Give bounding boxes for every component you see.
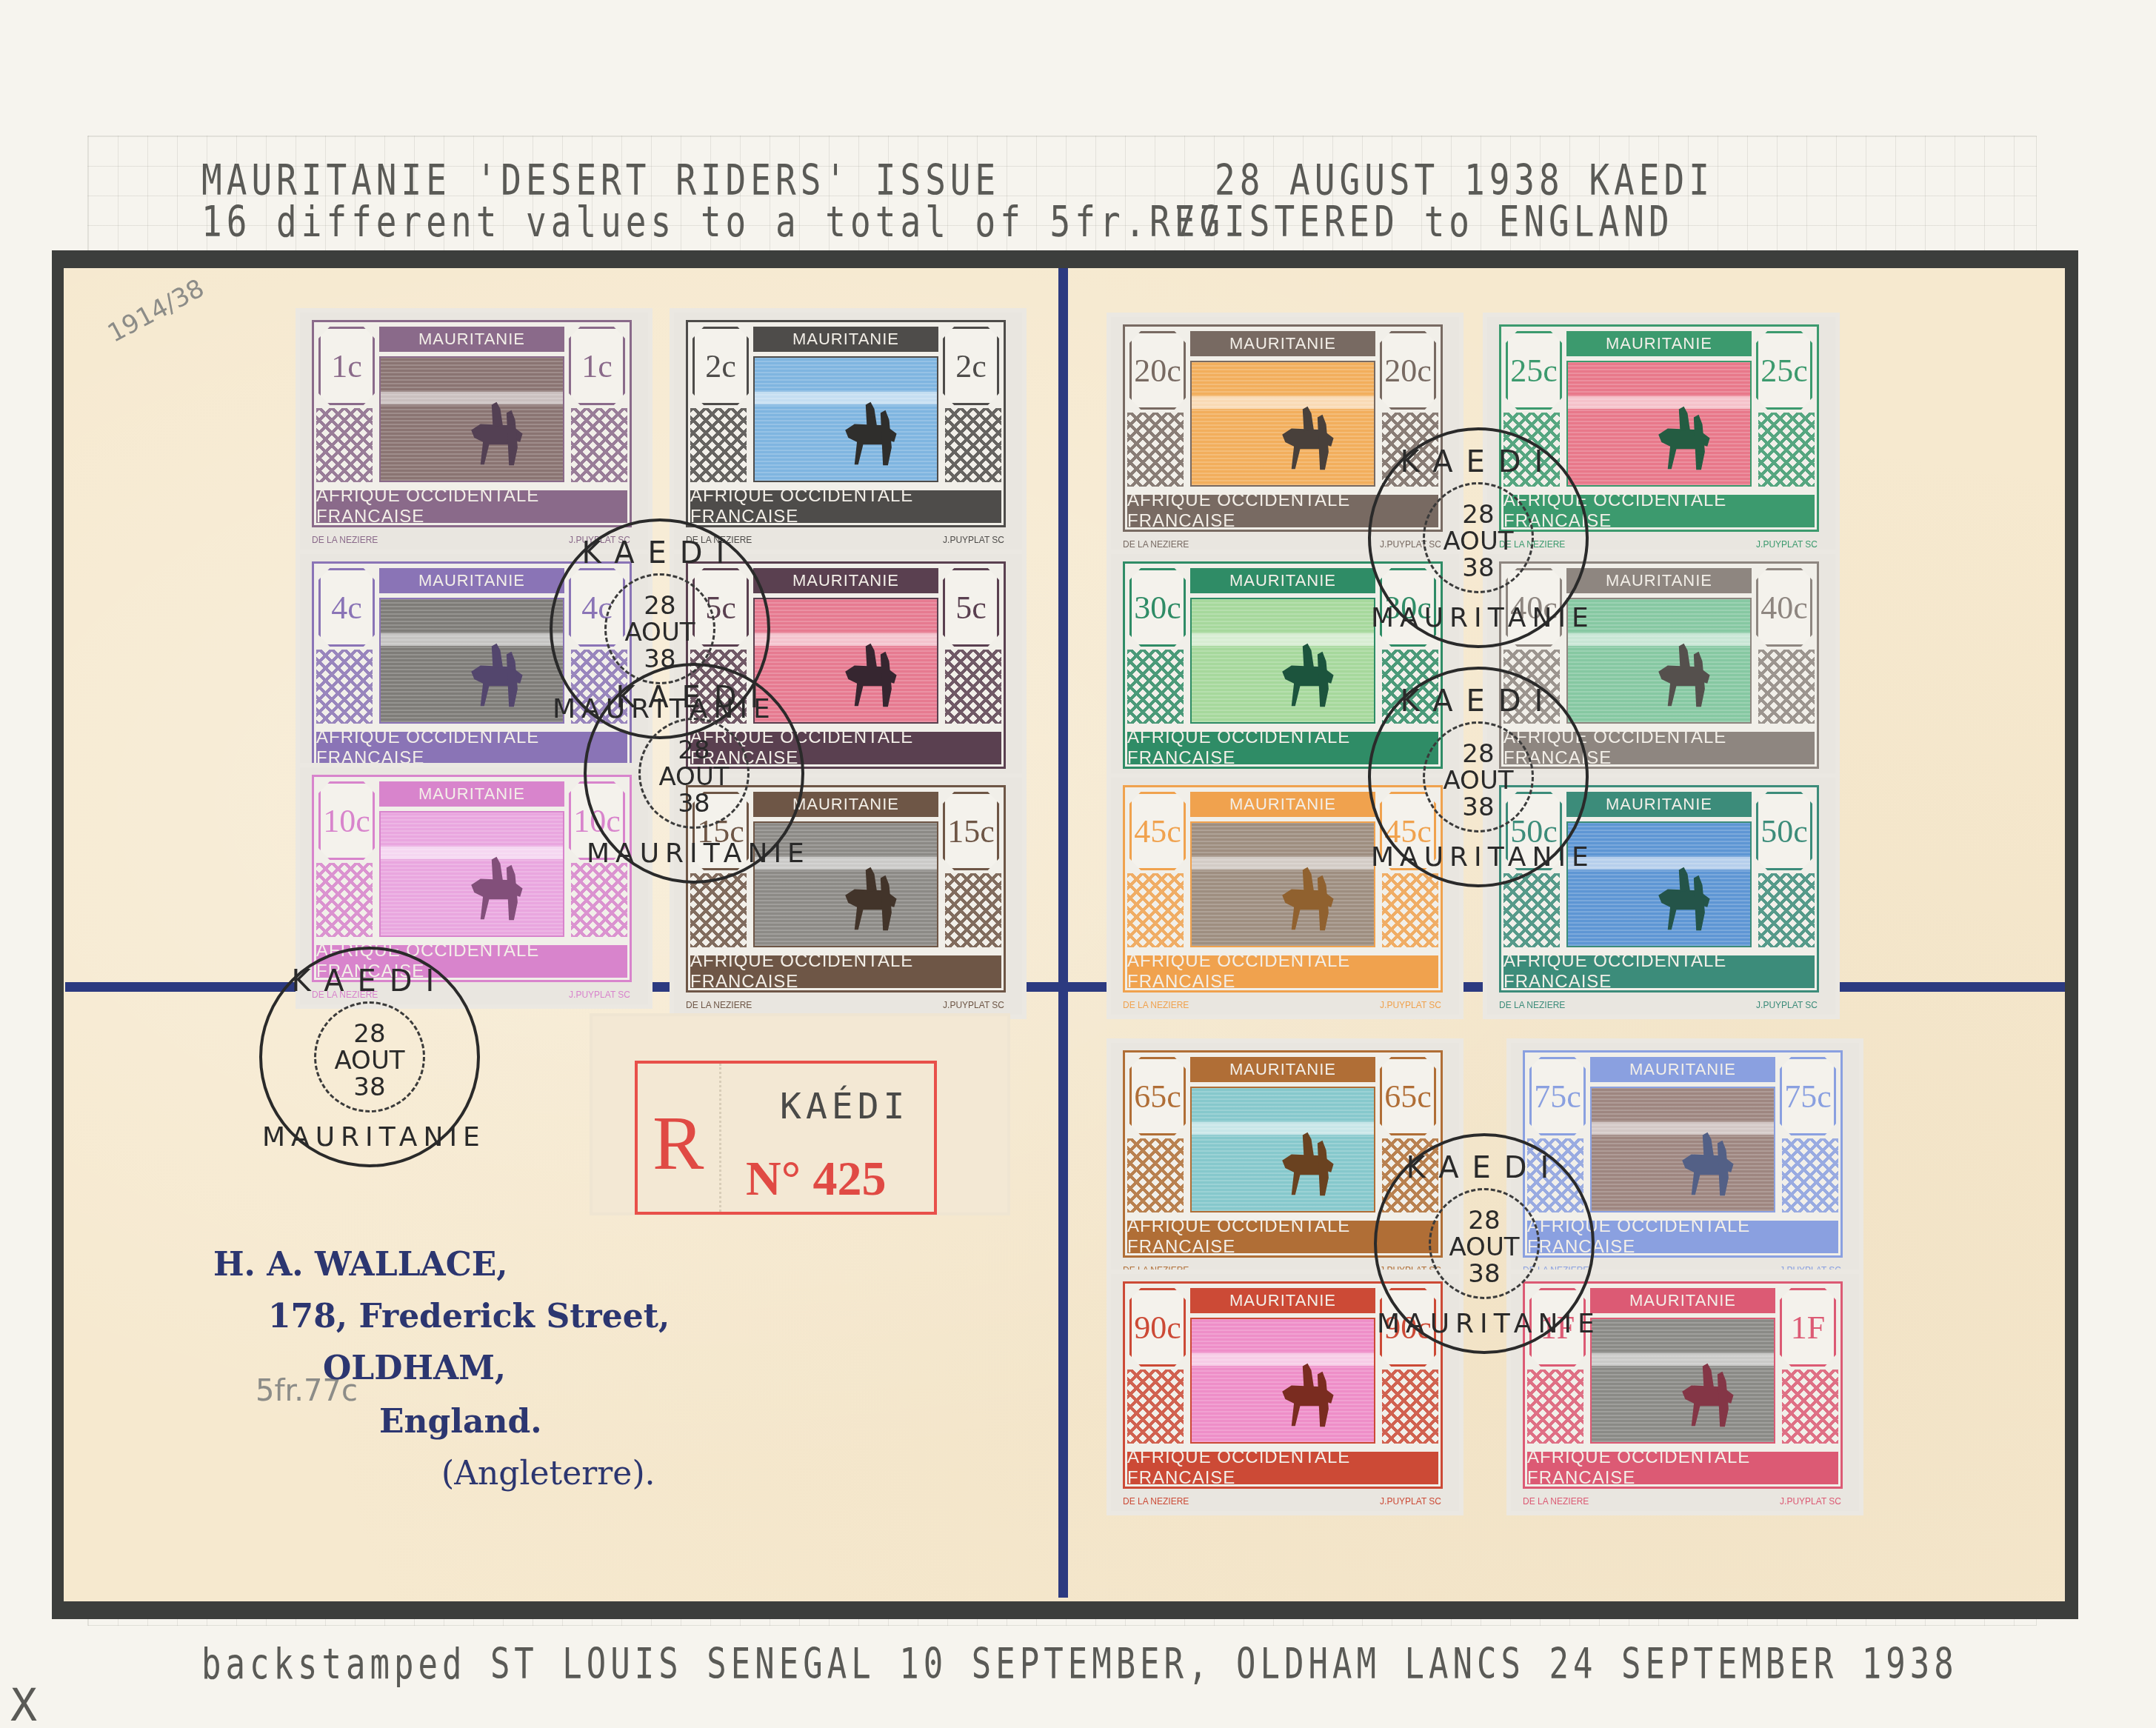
ox-rider-icon <box>1279 404 1341 473</box>
stamp-value-left: 45c <box>1129 792 1186 870</box>
stamp-designer: DE LA NEZIERE <box>1499 1000 1565 1010</box>
desert-rider-vignette <box>1190 1087 1375 1212</box>
stamp-country: MAURITANIE <box>1190 792 1375 817</box>
desert-rider-vignette <box>1590 1318 1775 1444</box>
stamp-region: AFRIQUE OCCIDENTALE FRANCAISE <box>690 955 1001 988</box>
stamp-value-right: 1c <box>569 327 625 405</box>
ornament-panel-icon <box>1127 873 1184 947</box>
postmark-country: MAURITANIE <box>1371 842 1586 873</box>
stamp-region: AFRIQUE OCCIDENTALE FRANCAISE <box>316 732 627 764</box>
ox-rider-icon <box>1279 641 1341 710</box>
ornament-panel-icon <box>945 650 1001 724</box>
ox-rider-icon <box>1279 1130 1341 1198</box>
ox-rider-icon <box>468 641 530 710</box>
ox-rider-icon <box>1279 864 1341 933</box>
stamp-value-left: 25c <box>1506 331 1562 410</box>
stamp-country: MAURITANIE <box>753 327 938 352</box>
stamp-country: MAURITANIE <box>1190 331 1375 356</box>
postmark-year: 38 <box>587 790 801 817</box>
stamp-1c: 1c1cMAURITANIEAFRIQUE OCCIDENTALE FRANCA… <box>300 313 648 550</box>
postmark-date: 28AOUT38 <box>587 737 801 817</box>
stamp-country: MAURITANIE <box>1190 568 1375 593</box>
postmark-day: 28 <box>587 737 801 764</box>
ornament-panel-icon <box>1382 873 1438 947</box>
postmark-year: 38 <box>1371 794 1586 821</box>
stamp-designer: DE LA NEZIERE <box>1123 1496 1189 1507</box>
ox-rider-icon <box>842 399 904 468</box>
stamp-country: MAURITANIE <box>1566 792 1752 817</box>
stamp-country: MAURITANIE <box>1190 1288 1375 1313</box>
postmark-date: 28AOUT38 <box>1377 1207 1592 1287</box>
stamp-value-right: 20c <box>1380 331 1436 410</box>
postmark-country: MAURITANIE <box>1377 1309 1592 1339</box>
ornament-panel-icon <box>571 408 627 482</box>
registration-label: R KAÉDI N° 425 <box>593 1016 1007 1212</box>
ox-rider-icon <box>1655 641 1718 710</box>
registration-letter: R <box>653 1099 704 1187</box>
ox-rider-icon <box>1679 1361 1741 1430</box>
stamp-value-left: 10c <box>318 781 375 860</box>
postmark-town: KAEDI <box>1377 1151 1592 1185</box>
stamp-region: AFRIQUE OCCIDENTALE FRANCAISE <box>1503 955 1815 988</box>
postmark-year: 38 <box>262 1074 477 1101</box>
stamp-value-right: 65c <box>1380 1057 1436 1135</box>
ornament-panel-icon <box>1527 1370 1583 1444</box>
kaedi-postmark: KAEDI28AOUT38MAURITANIE <box>1368 667 1589 887</box>
stamp-engraver: J.PUYPLAT SC <box>1380 1496 1441 1507</box>
stamp-value-right: 75c <box>1780 1057 1836 1135</box>
ornament-panel-icon <box>316 863 373 937</box>
registration-line-vertical <box>1058 268 1068 1598</box>
desert-rider-vignette <box>379 356 564 482</box>
ornament-panel-icon <box>571 863 627 937</box>
postmark-country: MAURITANIE <box>1371 603 1586 633</box>
stamp-country: MAURITANIE <box>379 781 564 807</box>
postmark-town: KAEDI <box>1371 684 1586 718</box>
footer-backstamp-note: backstamped ST LOUIS SENEGAL 10 SEPTEMBE… <box>201 1640 1958 1689</box>
postmark-country: MAURITANIE <box>262 1122 477 1152</box>
stamp-value-right: 1F <box>1780 1288 1836 1367</box>
stamp-designer: DE LA NEZIERE <box>1523 1496 1589 1507</box>
postmark-month: AOUT <box>553 619 767 646</box>
desert-rider-vignette <box>379 598 564 724</box>
address-name: H. A. WALLACE, <box>213 1246 508 1284</box>
ox-rider-icon <box>842 864 904 933</box>
postmark-town: KAEDI <box>1371 445 1586 479</box>
postmark-date: 28AOUT38 <box>262 1021 477 1101</box>
stamp-value-right: 25c <box>1756 331 1812 410</box>
postmark-country: MAURITANIE <box>587 838 801 869</box>
stamp-country: MAURITANIE <box>379 327 564 352</box>
postmark-town: KAEDI <box>587 681 801 715</box>
registration-box: R KAÉDI N° 425 <box>635 1061 937 1215</box>
stamp-value-left: 1c <box>318 327 375 405</box>
ox-rider-icon <box>1679 1130 1741 1198</box>
stamp-design: 1c1cMAURITANIEAFRIQUE OCCIDENTALE FRANCA… <box>312 320 632 527</box>
stamp-value-right: 40c <box>1756 568 1812 647</box>
stamp-region: AFRIQUE OCCIDENTALE FRANCAISE <box>1527 1452 1838 1484</box>
stamp-value-left: 75c <box>1529 1057 1586 1135</box>
ornament-panel-icon <box>1758 650 1815 724</box>
stamp-value-left: 65c <box>1129 1057 1186 1135</box>
header-summary: 16 different values to a total of 5fr. 7… <box>201 196 1224 247</box>
ornament-panel-icon <box>1382 1370 1438 1444</box>
stamp-value-left: 4c <box>318 568 375 647</box>
stamp-engraver: J.PUYPLAT SC <box>943 1000 1004 1010</box>
stamp-engraver: J.PUYPLAT SC <box>1756 539 1818 550</box>
ornament-panel-icon <box>1782 1138 1838 1212</box>
ox-rider-icon <box>1655 404 1718 473</box>
ornament-panel-icon <box>1758 413 1815 487</box>
margin-x-mark: X <box>10 1680 41 1728</box>
stamp-value-right: 15c <box>943 792 999 870</box>
ornament-panel-icon <box>1127 650 1184 724</box>
postmark-month: AOUT <box>1377 1234 1592 1261</box>
desert-rider-vignette <box>1190 598 1375 724</box>
stamp-engraver: J.PUYPLAT SC <box>943 535 1004 545</box>
ox-rider-icon <box>842 641 904 710</box>
stamp-region: AFRIQUE OCCIDENTALE FRANCAISE <box>690 490 1001 523</box>
ornament-panel-icon <box>945 873 1001 947</box>
postmark-year: 38 <box>1371 555 1586 581</box>
registration-town: KAÉDI <box>780 1086 910 1127</box>
postmark-month: AOUT <box>587 764 801 790</box>
desert-rider-vignette <box>1190 821 1375 947</box>
ox-rider-icon <box>468 854 530 923</box>
stamp-country: MAURITANIE <box>753 568 938 593</box>
ornament-panel-icon <box>1503 873 1560 947</box>
postmark-day: 28 <box>1377 1207 1592 1234</box>
stamp-engraver: J.PUYPLAT SC <box>569 990 630 1000</box>
stamp-value-right: 2c <box>943 327 999 405</box>
desert-rider-vignette <box>1190 1318 1375 1444</box>
desert-rider-vignette <box>753 356 938 482</box>
address-country-french: (Angleterre). <box>441 1455 655 1492</box>
kaedi-postmark: KAEDI28AOUT38MAURITANIE <box>584 663 804 884</box>
postmark-month: AOUT <box>262 1047 477 1074</box>
postmark-town: KAEDI <box>553 536 767 570</box>
stamp-country: MAURITANIE <box>379 568 564 593</box>
stamp-value-left: 30c <box>1129 568 1186 647</box>
ornament-panel-icon <box>316 408 373 482</box>
ox-rider-icon <box>1655 864 1718 933</box>
address-city: OLDHAM, <box>323 1350 506 1387</box>
stamp-country: MAURITANIE <box>1190 1057 1375 1082</box>
stamp-value-right: 5c <box>943 568 999 647</box>
header-registered: REGISTERED to ENGLAND <box>1149 196 1674 247</box>
ornament-panel-icon <box>1127 413 1184 487</box>
kaedi-postmark: KAEDI28AOUT38MAURITANIE <box>1374 1133 1595 1354</box>
stamp-engraver: J.PUYPLAT SC <box>1756 1000 1818 1010</box>
ornament-panel-icon <box>690 408 747 482</box>
kaedi-postmark: KAEDI28AOUT38MAURITANIE <box>1368 427 1589 648</box>
stamp-country: MAURITANIE <box>1590 1288 1775 1313</box>
ox-rider-icon <box>1279 1361 1341 1430</box>
desert-rider-vignette <box>379 811 564 937</box>
postmark-day: 28 <box>1371 741 1586 767</box>
stamp-value-left: 2c <box>692 327 749 405</box>
stamp-region: AFRIQUE OCCIDENTALE FRANCAISE <box>1127 955 1438 988</box>
stamp-value-right: 50c <box>1756 792 1812 870</box>
address-street: 178, Frederick Street, <box>268 1298 670 1335</box>
postmark-date: 28AOUT38 <box>553 593 767 673</box>
postmark-day: 28 <box>1371 501 1586 528</box>
label-perforation <box>719 1064 721 1212</box>
ornament-panel-icon <box>1782 1370 1838 1444</box>
stamp-engraver: J.PUYPLAT SC <box>1380 1000 1441 1010</box>
postmark-year: 38 <box>1377 1261 1592 1287</box>
ornament-panel-icon <box>1127 1370 1184 1444</box>
postmark-day: 28 <box>553 593 767 619</box>
stamp-region: AFRIQUE OCCIDENTALE FRANCAISE <box>1127 1452 1438 1484</box>
stamp-country: MAURITANIE <box>1566 568 1752 593</box>
desert-rider-vignette <box>1566 821 1752 947</box>
ornament-panel-icon <box>1758 873 1815 947</box>
ornament-panel-icon <box>316 650 373 724</box>
kaedi-postmark: KAEDI28AOUT38MAURITANIE <box>259 947 480 1167</box>
stamp-designer: DE LA NEZIERE <box>686 1000 752 1010</box>
stamp-2c: 2c2cMAURITANIEAFRIQUE OCCIDENTALE FRANCA… <box>674 313 1022 550</box>
stamp-country: MAURITANIE <box>1566 331 1752 356</box>
desert-rider-vignette <box>1190 361 1375 487</box>
ox-rider-icon <box>468 399 530 468</box>
postmark-month: AOUT <box>1371 528 1586 555</box>
stamp-design: 2c2cMAURITANIEAFRIQUE OCCIDENTALE FRANCA… <box>686 320 1006 527</box>
desert-rider-vignette <box>1590 1087 1775 1212</box>
stamp-country: MAURITANIE <box>1590 1057 1775 1082</box>
stamp-value-left: 20c <box>1129 331 1186 410</box>
postmark-date: 28AOUT38 <box>1371 501 1586 581</box>
ornament-panel-icon <box>1127 1138 1184 1212</box>
postmark-day: 28 <box>262 1021 477 1047</box>
stamp-designer: DE LA NEZIERE <box>312 535 378 545</box>
registration-number: N° 425 <box>746 1151 887 1207</box>
postmark-month: AOUT <box>1371 767 1586 794</box>
stamp-value-left: 90c <box>1129 1288 1186 1367</box>
address-country: England. <box>379 1403 542 1441</box>
postmark-date: 28AOUT38 <box>1371 741 1586 821</box>
ornament-panel-icon <box>690 873 747 947</box>
stamp-designer: DE LA NEZIERE <box>1123 1000 1189 1010</box>
stamp-region: AFRIQUE OCCIDENTALE FRANCAISE <box>316 490 627 523</box>
desert-rider-vignette <box>1566 361 1752 487</box>
stamp-engraver: J.PUYPLAT SC <box>1780 1496 1841 1507</box>
postmark-town: KAEDI <box>262 964 477 998</box>
stamp-designer: DE LA NEZIERE <box>1123 539 1189 550</box>
ornament-panel-icon <box>945 408 1001 482</box>
